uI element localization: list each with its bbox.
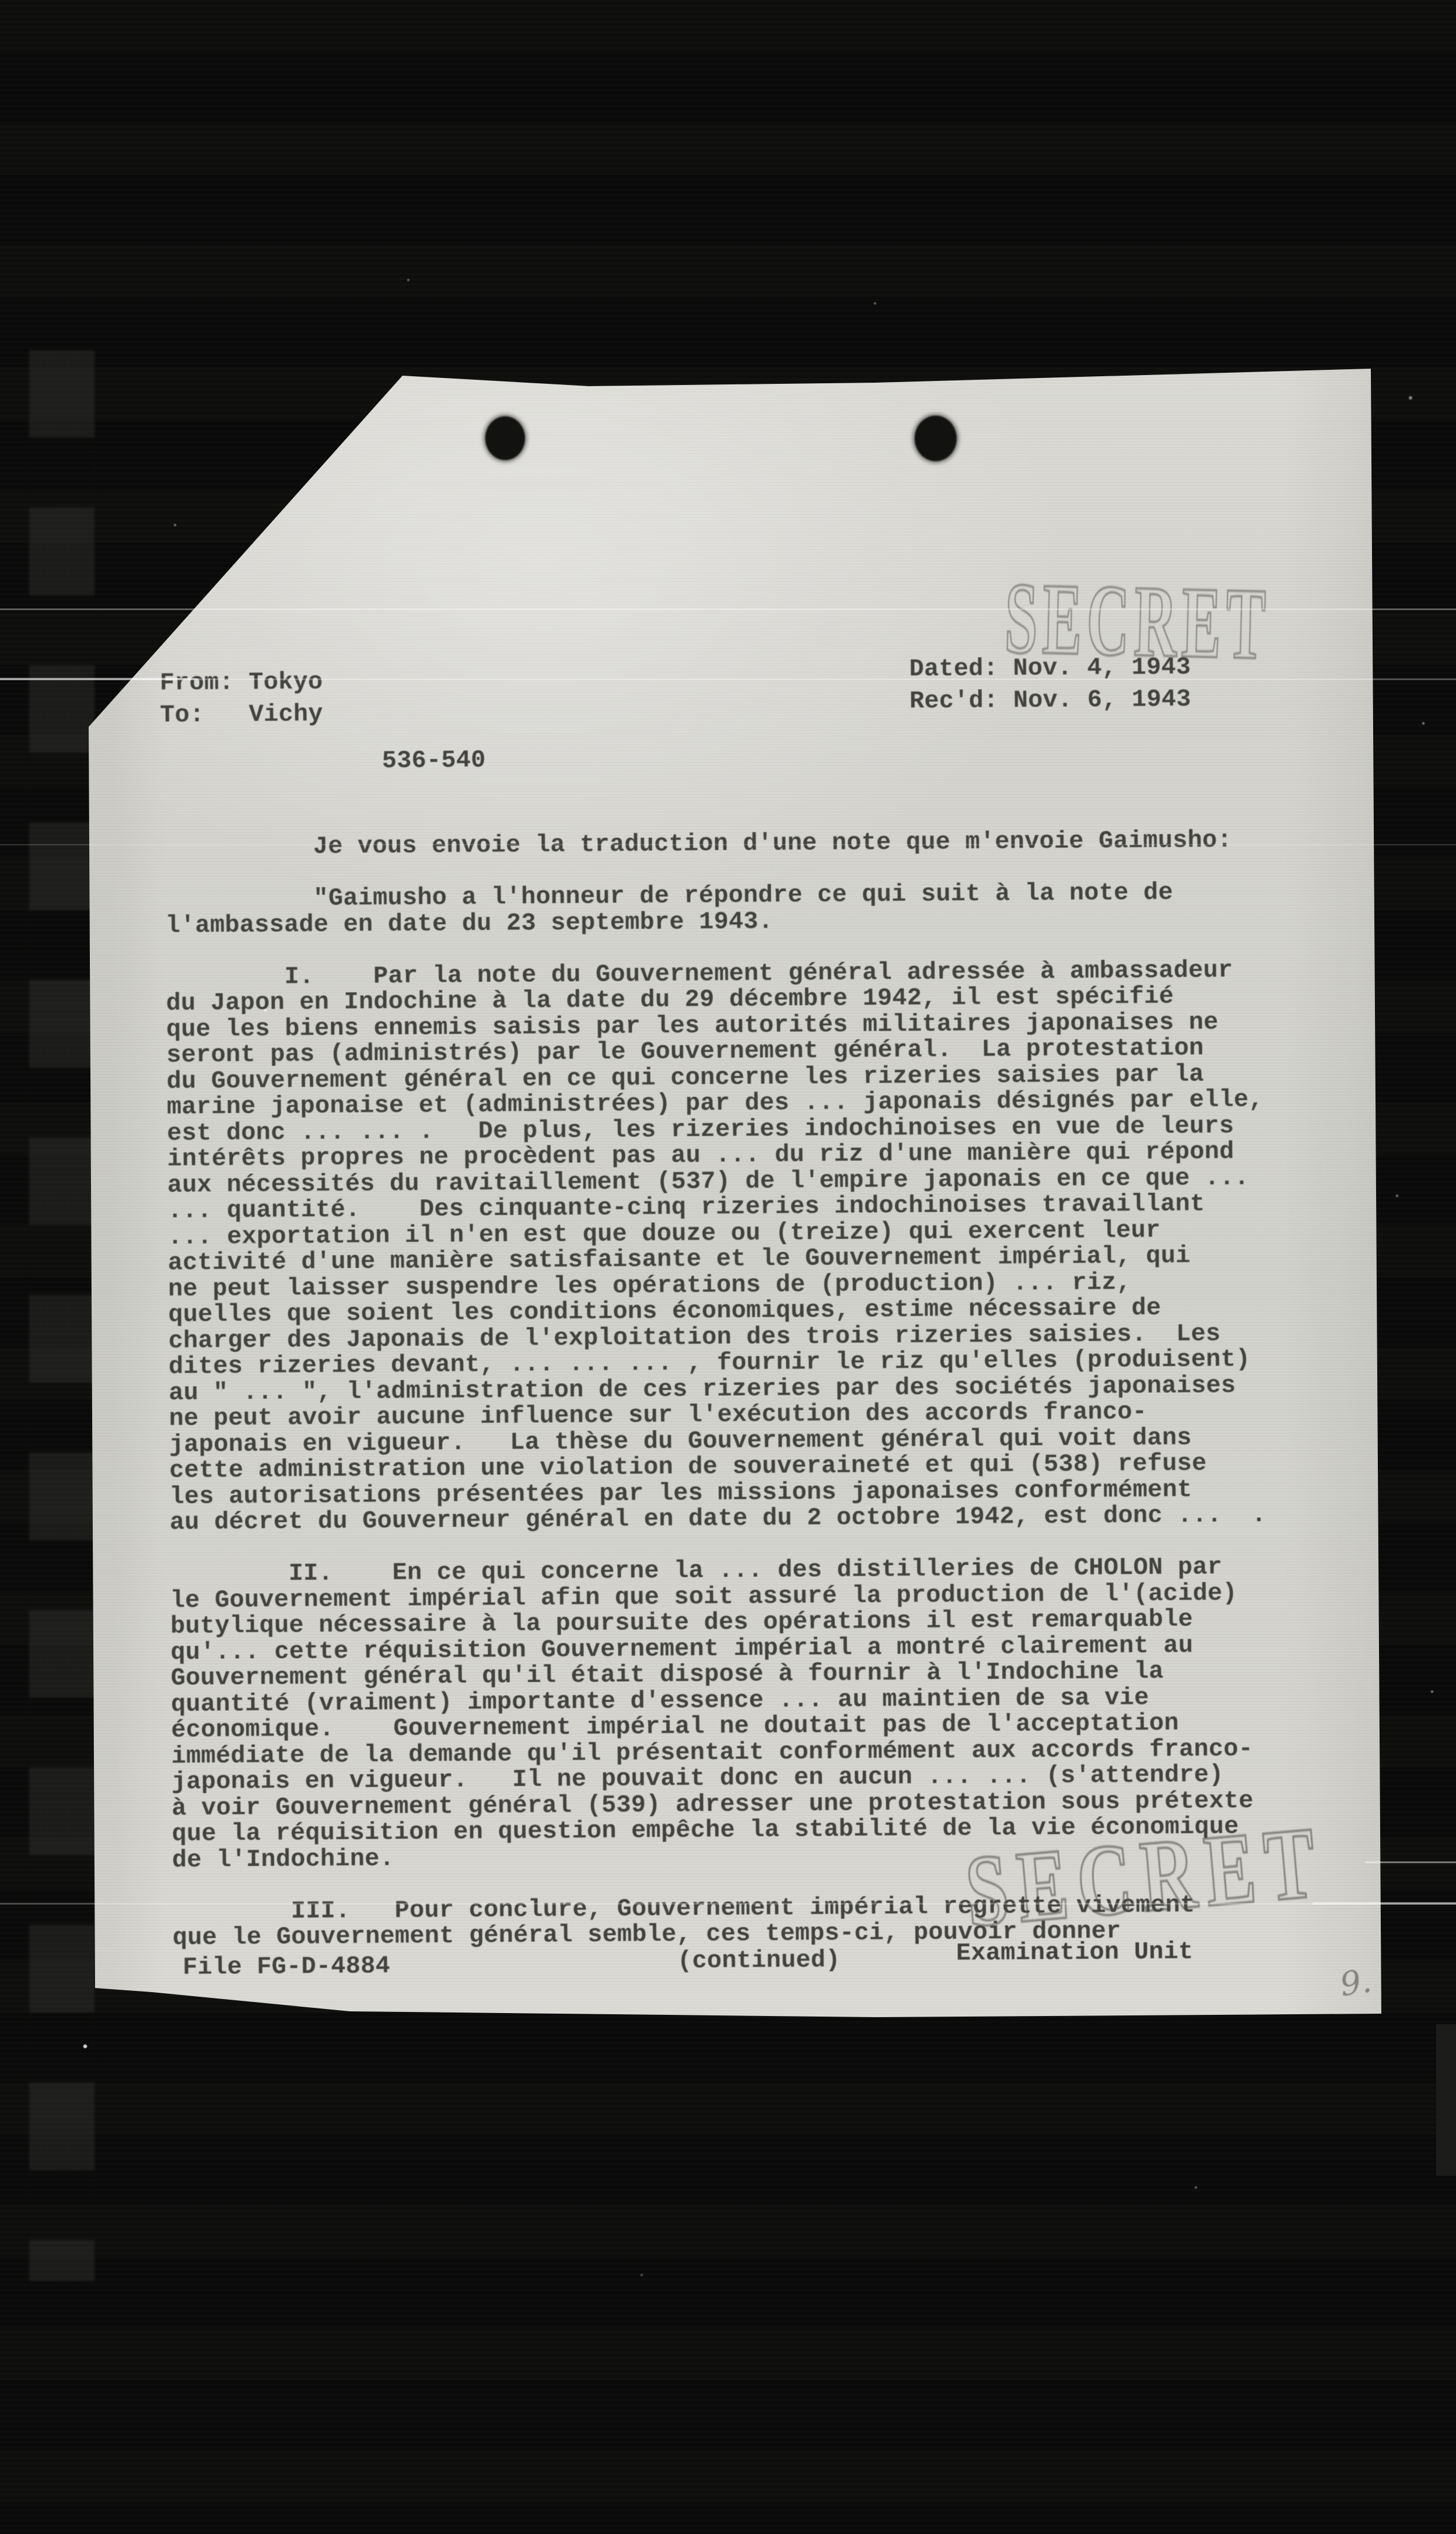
film-edge-block [1436,2024,1456,2176]
header-from: From: Tokyo [160,669,323,696]
typed-body: Je vous envoie la traduction d'une note … [165,827,1269,1951]
handwritten-page-number: 9. [1338,1962,1374,2004]
document-page: SECRET From: Tokyo To: Vichy Dated: Nov.… [87,365,1385,2019]
punch-hole-left [485,416,526,460]
page-content: SECRET From: Tokyo To: Vichy Dated: Nov.… [83,360,1392,2023]
header-received: Rec'd: Nov. 6, 1943 [909,687,1191,715]
film-edge-strip [29,350,94,2281]
punch-hole-right [915,415,957,461]
telegram-serial-number: 536-540 [382,747,486,774]
header-to: To: Vichy [160,701,323,728]
footer-file-number: File FG-D-4884 [183,1953,390,1980]
scanned-microfilm-frame: SECRET From: Tokyo To: Vichy Dated: Nov.… [0,0,1456,2534]
header-dated: Dated: Nov. 4, 1943 [909,654,1191,682]
footer-continued: (continued) [677,1947,841,1974]
secret-stamp-bottom: SECRET [963,1816,1328,1938]
